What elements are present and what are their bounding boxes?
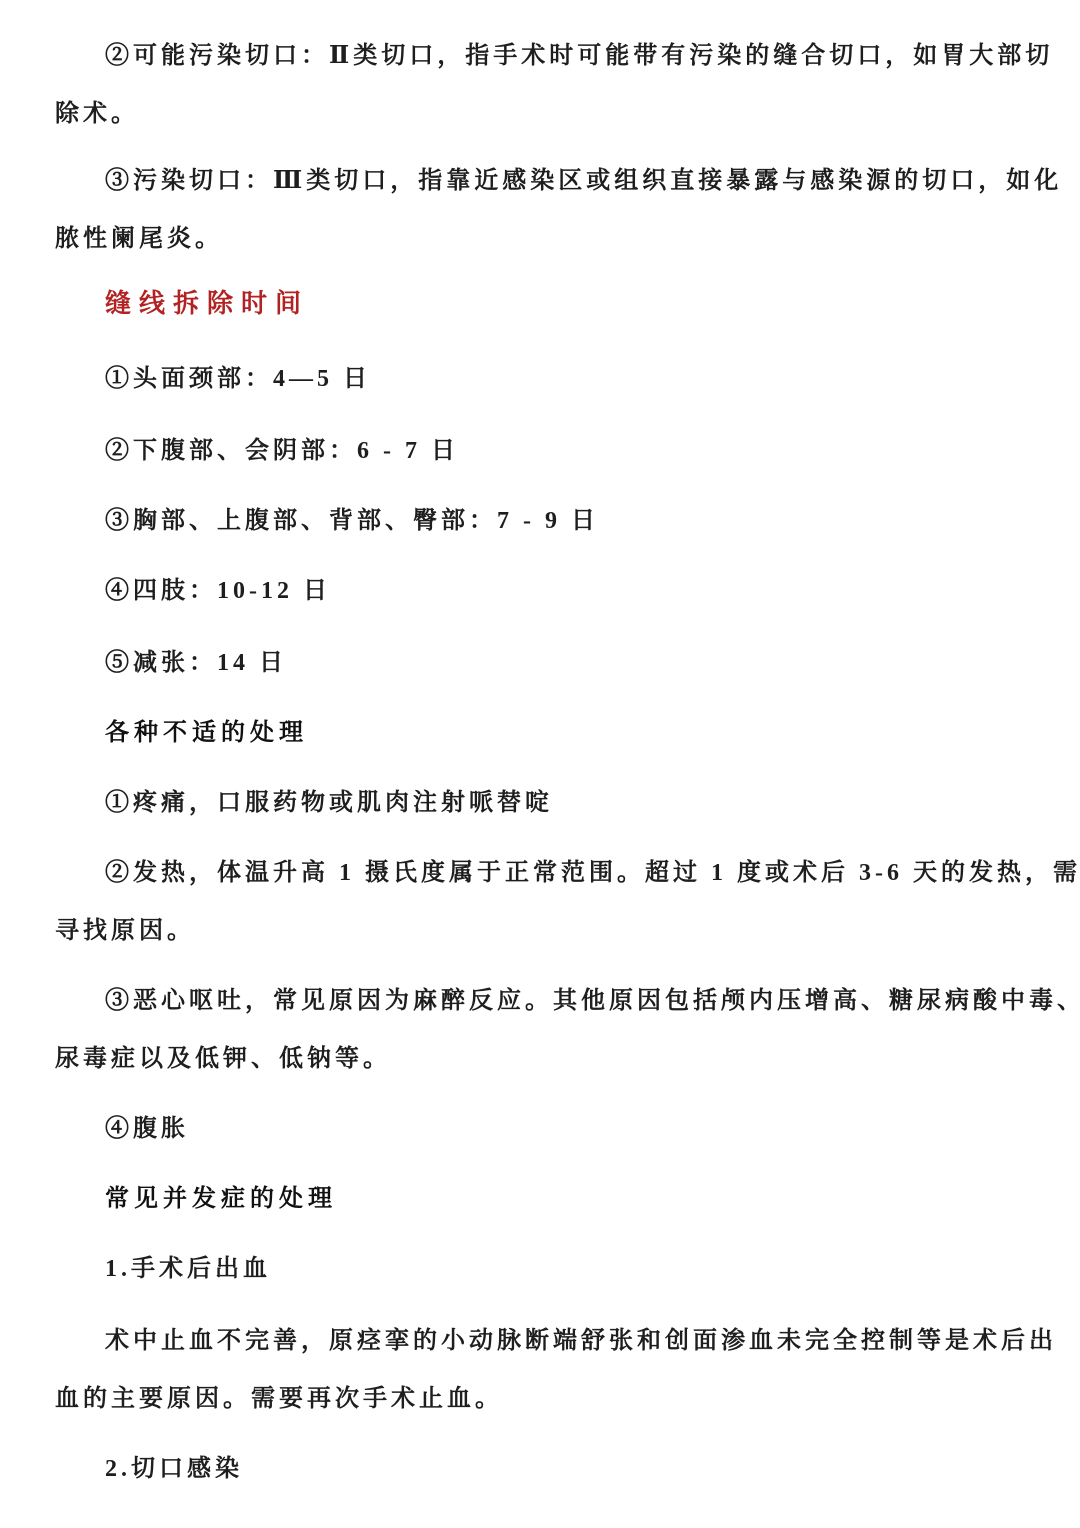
incision-item3-line1: ③污染切口：Ⅲ类切口，指靠近感染区或组织直接暴露与感染源的切口，如化 bbox=[105, 166, 1062, 196]
suture-item-3: ③胸部、上腹部、背部、臀部：7 - 9 日 bbox=[105, 506, 599, 536]
discomfort-item-3-line1: ③恶心呕吐，常见原因为麻醉反应。其他原因包括颅内压增高、糖尿病酸中毒、 bbox=[105, 986, 1080, 1016]
discomfort-item-3-line2: 尿毒症以及低钾、低钠等。 bbox=[55, 1044, 391, 1074]
complication-1-body-line1: 术中止血不完善，原痉挛的小动脉断端舒张和创面渗血未完全控制等是术后出 bbox=[105, 1326, 1057, 1356]
incision-item3-line2: 脓性阑尾炎。 bbox=[55, 224, 223, 254]
discomfort-item-4: ④腹胀 bbox=[105, 1114, 189, 1144]
incision-item2-line2: 除术。 bbox=[55, 99, 139, 129]
complication-2-title: 2.切口感染 bbox=[105, 1454, 243, 1484]
suture-item-1: ①头面颈部：4—5 日 bbox=[105, 364, 371, 394]
discomfort-item-1: ①疼痛，口服药物或肌肉注射哌替啶 bbox=[105, 788, 553, 818]
complication-1-body-line2: 血的主要原因。需要再次手术止血。 bbox=[55, 1384, 503, 1414]
suture-item-5: ⑤减张：14 日 bbox=[105, 648, 287, 678]
suture-item-4: ④四肢：10-12 日 bbox=[105, 576, 331, 606]
discomfort-heading: 各种不适的处理 bbox=[105, 718, 308, 748]
discomfort-item-2-line2: 寻找原因。 bbox=[55, 916, 195, 946]
document-page: ②可能污染切口：Ⅱ类切口，指手术时可能带有污染的缝合切口，如胃大部切 除术。 ③… bbox=[0, 0, 1080, 1528]
incision-item2-line1: ②可能污染切口：Ⅱ类切口，指手术时可能带有污染的缝合切口，如胃大部切 bbox=[105, 41, 1053, 71]
suture-removal-heading: 缝线拆除时间 bbox=[105, 289, 309, 319]
complications-heading: 常见并发症的处理 bbox=[105, 1184, 337, 1214]
discomfort-item-2-line1: ②发热，体温升高 1 摄氏度属于正常范围。超过 1 度或术后 3-6 天的发热，… bbox=[105, 858, 1080, 888]
suture-item-2: ②下腹部、会阴部：6 - 7 日 bbox=[105, 436, 459, 466]
complication-1-title: 1.手术后出血 bbox=[105, 1254, 271, 1284]
